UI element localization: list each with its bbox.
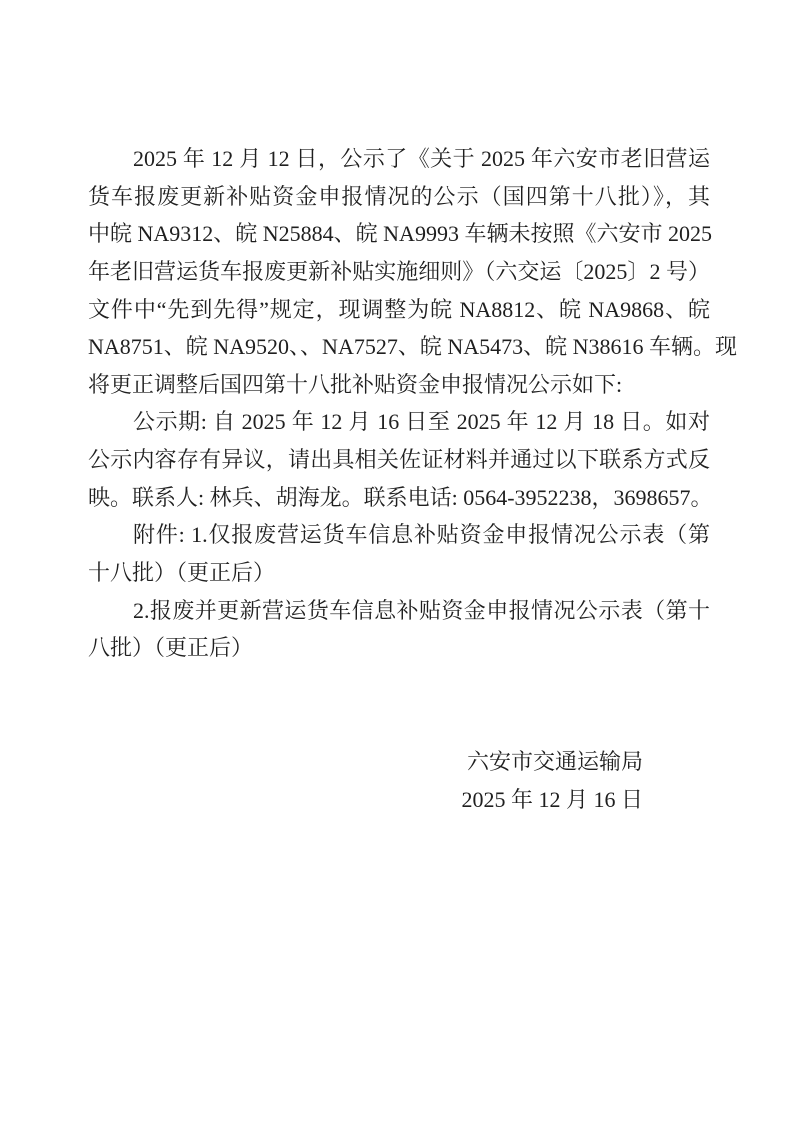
- signature-date: 2025 年 12 月 16 日: [88, 781, 710, 819]
- signature-org: 六安市交通运输局: [88, 743, 710, 781]
- body-line: 2025 年 12 月 12 日，公示了《关于 2025 年六安市老旧营运: [88, 140, 710, 178]
- body-line: NA8751、皖 NA9520、、NA7527、皖 NA5473、皖 N3861…: [88, 328, 710, 366]
- body-line: 中皖 NA9312、皖 N25884、皖 NA9993 车辆未按照《六安市 20…: [88, 215, 710, 253]
- body-line: 文件中“先到先得”规定，现调整为皖 NA8812、皖 NA9868、皖: [88, 291, 710, 329]
- body-line: 货车报废更新补贴资金申报情况的公示（国四第十八批）》，其: [88, 178, 710, 216]
- document-body: 2025 年 12 月 12 日，公示了《关于 2025 年六安市老旧营运 货车…: [88, 140, 710, 667]
- body-line: 年老旧营运货车报废更新补贴实施细则》（六交运〔2025〕2 号）: [88, 253, 710, 291]
- body-line attachment-line: 十八批）（更正后）: [88, 554, 710, 592]
- signature-block: 六安市交通运输局 2025 年 12 月 16 日: [88, 743, 710, 818]
- body-line: 公示内容存有异议，请出具相关佐证材料并通过以下联系方式反: [88, 441, 710, 479]
- body-line: 映。联系人: 林兵、胡海龙。联系电话: 0564-3952238，3698657…: [88, 479, 710, 517]
- document-page: 2025 年 12 月 12 日，公示了《关于 2025 年六安市老旧营运 货车…: [0, 0, 793, 1122]
- body-line attachment-line: 2.报废并更新营运货车信息补贴资金申报情况公示表（第十: [88, 592, 710, 630]
- body-line: 将更正调整后国四第十八批补贴资金申报情况公示如下:: [88, 366, 710, 404]
- body-line: 公示期: 自 2025 年 12 月 16 日至 2025 年 12 月 18 …: [88, 403, 710, 441]
- body-line attachment-line: 附件: 1.仅报废营运货车信息补贴资金申报情况公示表（第: [88, 516, 710, 554]
- body-line attachment-line: 八批）（更正后）: [88, 629, 710, 667]
